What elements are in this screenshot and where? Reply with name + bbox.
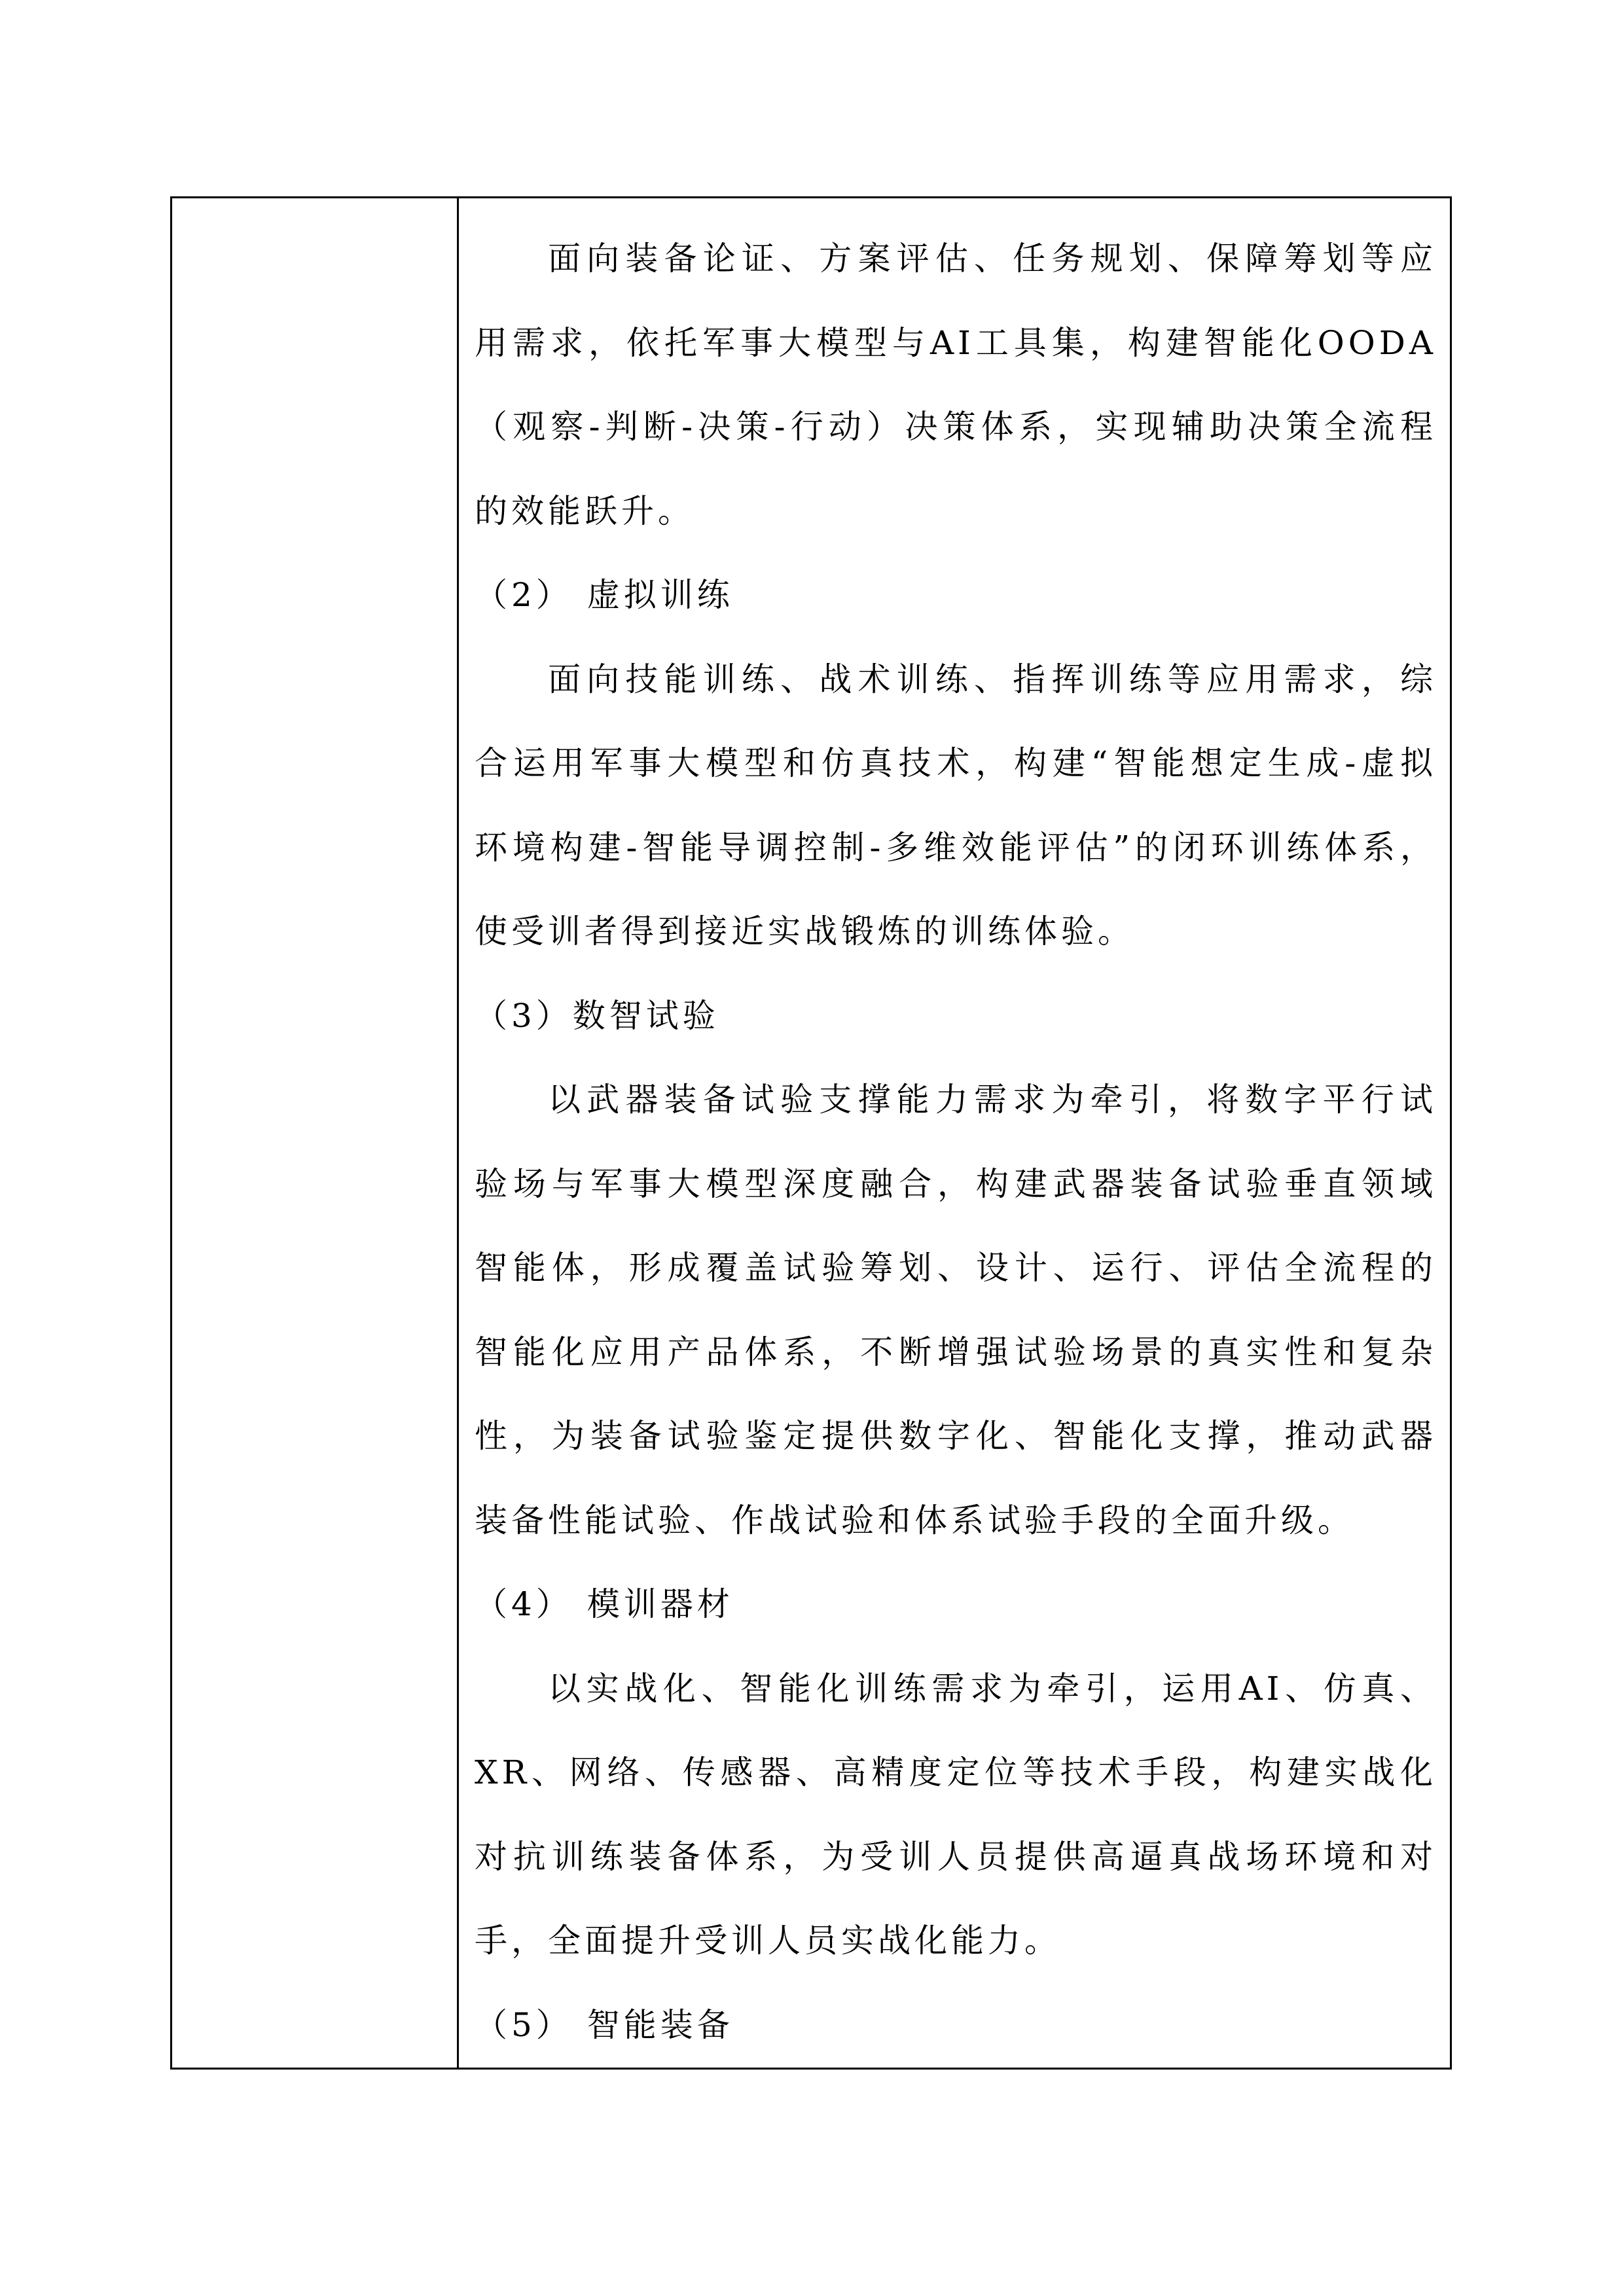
- paragraph-digital-testing: 以武器装备试验支撑能力需求为牵引，将数字平行试 验场与军事大模型深度融合，构建武…: [475, 1058, 1437, 1562]
- paragraph-decision-support: 面向装备论证、方案评估、任务规划、保障筹划等应 用需求，依托军事大模型与AI工具…: [475, 217, 1437, 553]
- section-heading-training-equipment: （4） 模训器材: [475, 1562, 1437, 1647]
- document-table: 面向装备论证、方案评估、任务规划、保障筹划等应 用需求，依托军事大模型与AI工具…: [170, 196, 1452, 2070]
- paragraph-virtual-training: 面向技能训练、战术训练、指挥训练等应用需求，综 合运用军事大模型和仿真技术，构建…: [475, 637, 1437, 974]
- section-heading-intelligent-equipment: （5） 智能装备: [475, 1983, 1437, 2068]
- text-line: 智能体，形成覆盖试验筹划、设计、运行、评估全流程的: [475, 1226, 1437, 1310]
- text-line: 装备性能试验、作战试验和体系试验手段的全面升级。: [475, 1479, 1437, 1563]
- text-line: 环境构建-智能导调控制-多维效能评估”的闭环训练体系，: [475, 806, 1437, 890]
- table-left-cell: [172, 198, 459, 2068]
- section-heading-digital-testing: （3）数智试验: [475, 974, 1437, 1058]
- text-line: （观察-判断-决策-行动）决策体系，实现辅助决策全流程: [475, 385, 1437, 469]
- text-line: 的效能跃升。: [475, 469, 1437, 554]
- text-line: 合运用军事大模型和仿真技术，构建“智能想定生成-虚拟: [475, 721, 1437, 806]
- text-line: XR、网络、传感器、高精度定位等技术手段，构建实战化: [475, 1731, 1437, 1815]
- text-line: 面向装备论证、方案评估、任务规划、保障筹划等应: [475, 217, 1437, 301]
- text-line: 手，全面提升受训人员实战化能力。: [475, 1899, 1437, 1983]
- table-right-cell: 面向装备论证、方案评估、任务规划、保障筹划等应 用需求，依托军事大模型与AI工具…: [459, 198, 1450, 2068]
- text-line: 性，为装备试验鉴定提供数字化、智能化支撑，推动武器: [475, 1394, 1437, 1479]
- text-line: 面向技能训练、战术训练、指挥训练等应用需求，综: [475, 637, 1437, 722]
- text-line: 用需求，依托军事大模型与AI工具集，构建智能化OODA: [475, 301, 1437, 386]
- text-line: 以实战化、智能化训练需求为牵引，运用AI、仿真、: [475, 1647, 1437, 1731]
- text-line: 以武器装备试验支撑能力需求为牵引，将数字平行试: [475, 1058, 1437, 1142]
- text-line: 使受训者得到接近实战锻炼的训练体验。: [475, 889, 1437, 974]
- paragraph-training-equipment: 以实战化、智能化训练需求为牵引，运用AI、仿真、 XR、网络、传感器、高精度定位…: [475, 1647, 1437, 1983]
- text-line: 对抗训练装备体系，为受训人员提供高逼真战场环境和对: [475, 1815, 1437, 1899]
- section-heading-virtual-training: （2） 虚拟训练: [475, 553, 1437, 637]
- text-line: 验场与军事大模型深度融合，构建武器装备试验垂直领域: [475, 1142, 1437, 1227]
- text-line: 智能化应用产品体系，不断增强试验场景的真实性和复杂: [475, 1310, 1437, 1395]
